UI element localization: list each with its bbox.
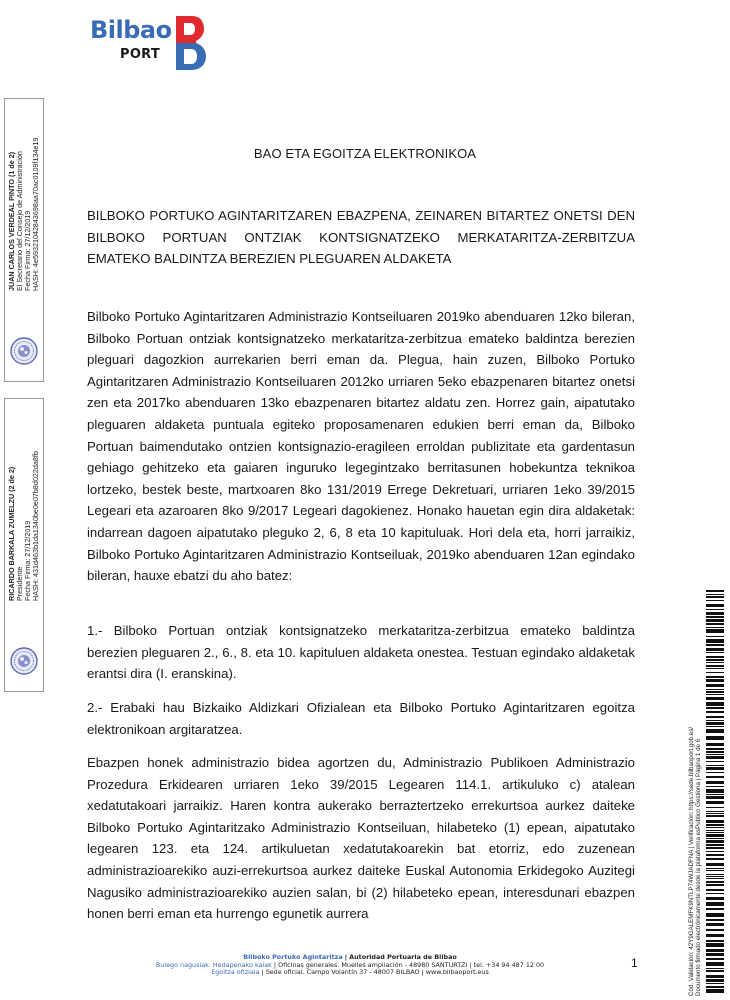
signature-details: RICARDO BARKALA ZUMELZU (2 de 2) Preside… xyxy=(8,451,40,601)
footer-seat-es: Sede oficial. Campo Volantín 37 - 48007 … xyxy=(266,968,489,976)
signature-box-2: RICARDO BARKALA ZUMELZU (2 de 2) Preside… xyxy=(4,398,44,692)
paragraph-resolution-2: 2.- Erabaki hau Bizkaiko Aldizkari Ofizi… xyxy=(87,697,635,740)
page-footer: Bilboko Portuko Agintaritza | Autoridad … xyxy=(120,954,580,977)
document-title: BILBOKO PORTUKO AGINTARITZAREN EBAZPENA,… xyxy=(87,205,635,270)
paragraph-resolution-1: 1.- Bilboko Portuan ontziak kontsignatze… xyxy=(87,620,635,685)
bilbao-port-logo: Bilbao PORT xyxy=(90,14,220,74)
verification-platform: Documento firmado electrónicamente desde… xyxy=(695,727,702,996)
page-number: 1 xyxy=(631,956,638,970)
logo-subtitle: PORT xyxy=(120,47,160,62)
footer-seat-eu: Egoitza ofiziala xyxy=(211,968,259,976)
paragraph-appeal: Ebazpen honek administrazio bidea agortz… xyxy=(87,752,635,925)
b-mark-icon xyxy=(176,16,206,70)
paragraph-background: Bilboko Portuko Agintaritzaren Administr… xyxy=(87,306,635,587)
official-seal-icon xyxy=(10,647,38,675)
signature-box-1: JUAN CARLOS VERDEAL PINTO (1 de 2) El Se… xyxy=(4,98,44,382)
footer-line-3: Egoitza ofiziala | Sede oficial. Campo V… xyxy=(120,969,580,977)
logo-wordmark: Bilbao xyxy=(90,16,172,44)
verification-code: Cód. Validación: 42Y9GALEMFK9NTLP74WJADF… xyxy=(688,727,695,996)
barcode-icon xyxy=(706,590,724,995)
signature-hash: HASH: 431d463b1da1340be0e07b8d022da8fb xyxy=(32,451,40,601)
document-header: BAO ETA EGOITZA ELEKTRONIKOA xyxy=(0,146,730,161)
official-seal-icon xyxy=(10,337,38,365)
